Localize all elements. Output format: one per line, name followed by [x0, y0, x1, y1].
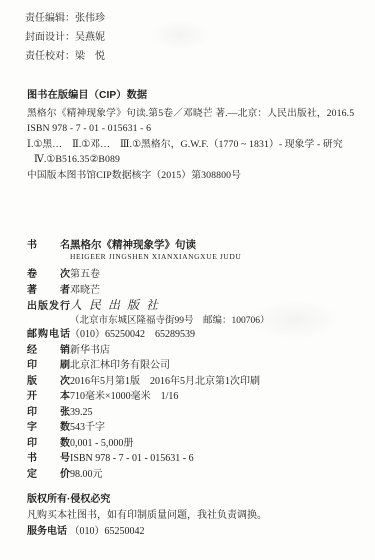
cip-class-code-line: Ⅳ.①B516.35②B089	[27, 152, 365, 168]
row-edition: 版次 2016年5月第1版 2016年5月北京第1次印刷	[27, 372, 365, 388]
label-edition: 版次	[27, 372, 70, 387]
colophon-table: 书名 黑格尔《精神现象学》句读 HEIGEER JINGSHEN XIANXIA…	[27, 236, 365, 480]
row-print-run: 印数 0,001 - 5,000册	[27, 434, 365, 450]
label-isbn: 书号	[27, 449, 70, 464]
volume-value: 第五卷	[70, 265, 100, 280]
printed-sheets-value: 39.25	[70, 407, 93, 418]
cip-title-line: 黑格尔《精神现象学》句读.第5卷／邓晓芒 著.—北京：人民出版社，2016.5	[27, 106, 365, 122]
book-title-pinyin: HEIGEER JINGSHEN XIANXIANGXUE JUDU	[27, 252, 365, 266]
row-format: 开本 710毫米×1000毫米 1/16	[27, 387, 365, 403]
author-value: 邓晓芒	[70, 281, 100, 296]
label-price: 定价	[27, 465, 70, 480]
row-word-count: 字数 543千字	[27, 418, 365, 434]
price-value: 98.00元	[70, 465, 103, 480]
format-value: 710毫米×1000毫米 1/16	[70, 387, 178, 402]
exchange-policy: 凡购买本社图书，如有印制质量问题，我社负责调换。	[27, 508, 357, 524]
row-author: 著者 邓晓芒	[27, 281, 365, 297]
label-word-count: 字数	[27, 418, 70, 433]
printer-value: 北京汇林印务有限公司	[70, 356, 170, 371]
label-author: 著者	[27, 281, 70, 296]
cip-block: 图书在版编目（CIP）数据 黑格尔《精神现象学》句读.第5卷／邓晓芒 著.—北京…	[27, 88, 365, 184]
row-mailorder-phone: 邮购电话 （010）65250042 65289539	[27, 325, 365, 341]
mailorder-phone-value: （010）65250042 65289539	[70, 325, 195, 340]
row-publisher: 出版发行 人民出版社	[27, 296, 365, 312]
row-book-title: 书名 黑格尔《精神现象学》句读	[27, 236, 365, 252]
row-printer: 印刷 北京汇林印务有限公司	[27, 356, 365, 372]
print-run-value: 0,001 - 5,000册	[70, 434, 133, 449]
label-printed-sheets: 印张	[27, 403, 70, 418]
publisher-address: （北京市东城区隆福寺街99号 邮编：100706）	[27, 312, 365, 326]
distributor-value: 新华书店	[70, 341, 110, 356]
label-book-title: 书名	[27, 236, 70, 251]
publisher-script: 人民出版社	[70, 296, 165, 313]
service-phone-value: （010）65250042	[70, 526, 145, 537]
copyright-footer: 版权所有·侵权必究 凡购买本社图书，如有印制质量问题，我社负责调换。 服务电话 …	[27, 492, 357, 539]
cip-isbn-line: ISBN 978 - 7 - 01 - 015631 - 6	[27, 121, 365, 137]
label-volume: 卷次	[27, 265, 70, 280]
book-title: 黑格尔《精神现象学》句读	[70, 237, 196, 252]
row-isbn: 书号 ISBN 978 - 7 - 01 - 015631 - 6	[27, 449, 365, 465]
scan-smudge	[150, 20, 210, 50]
isbn-value: ISBN 978 - 7 - 01 - 015631 - 6	[70, 453, 194, 464]
service-phone-line: 服务电话 （010）65250042	[27, 524, 357, 540]
row-distributor: 经销 新华书店	[27, 341, 365, 357]
credit-cover-design: 封面设计：吴燕妮	[25, 28, 105, 47]
label-publisher: 出版发行	[27, 297, 70, 312]
copyright-page: 责任编辑：张伟珍 封面设计：吴燕妮 责任校对：梁 悦 图书在版编目（CIP）数据…	[0, 0, 375, 560]
cip-classification-line: Ⅰ.①黑… Ⅱ.①邓… Ⅲ.①黑格尔，G.W.F.（1770 ~ 1831）- …	[27, 137, 365, 153]
credit-editor: 责任编辑：张伟珍	[25, 9, 105, 28]
row-volume: 卷次 第五卷	[27, 265, 365, 281]
edition-value: 2016年5月第1版 2016年5月北京第1次印刷	[70, 372, 260, 387]
service-phone-label: 服务电话	[27, 526, 67, 537]
label-printer: 印刷	[27, 356, 70, 371]
label-mailorder-phone: 邮购电话	[27, 325, 70, 340]
label-format: 开本	[27, 387, 70, 402]
credit-proofreader: 责任校对：梁 悦	[25, 47, 105, 66]
label-distributor: 经销	[27, 341, 70, 356]
copyright-notice: 版权所有·侵权必究	[27, 492, 357, 508]
row-printed-sheets: 印张 39.25	[27, 403, 365, 419]
word-count-value: 543千字	[70, 418, 105, 433]
label-print-run: 印数	[27, 434, 70, 449]
row-price: 定价 98.00元	[27, 465, 365, 481]
staff-credits: 责任编辑：张伟珍 封面设计：吴燕妮 责任校对：梁 悦	[25, 9, 105, 66]
cip-header: 图书在版编目（CIP）数据	[27, 88, 365, 104]
cip-record-number-line: 中国版本图书馆CIP数据核字（2015）第308800号	[27, 168, 365, 184]
